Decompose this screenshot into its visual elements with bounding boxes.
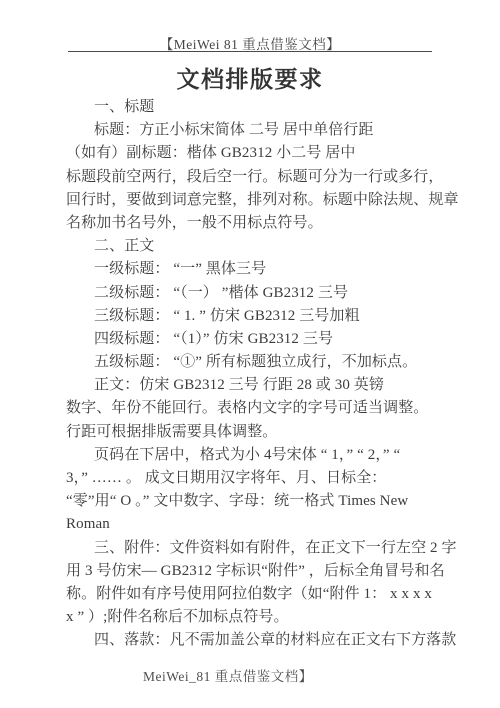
text-line: 一、标题 [66,96,446,119]
document-title: 文档排版要求 [0,61,500,94]
text-line: 一级标题： “一” 黑体三号 [66,258,446,281]
text-line: 正文：仿宋 GB2312 三号 行距 28 或 30 英镑 [66,374,446,397]
text-line: 名称加书名号外，一般不用标点符号。 [66,212,446,235]
text-line: 称。附件如有序号使用阿拉伯数字（如“附件 1： x x x x [66,583,446,606]
text-line: 行距可根据排版需要具体调整。 [66,421,446,444]
text-line: x ” ）;附件名称后不加标点符号。 [66,606,446,629]
document-body: 一、标题标题：方正小标宋简体 二号 居中单倍行距（如有）副标题：楷体 GB231… [66,96,446,653]
text-line: 二级标题： “（一） ”楷体 GB2312 三号 [66,282,446,305]
page-footer-watermark: MeiWei_81 重点借鉴文档】 [143,665,313,685]
text-line: （如有）副标题：楷体 GB2312 小二号 居中 [66,142,446,165]
text-line: 二、正文 [66,235,446,258]
text-line: “零”用“ O 。” 文中数字、字母：统一格式 Times New [66,490,446,513]
header-divider-line [68,51,432,52]
text-line: 回行时，要做到词意完整，排列对称。标题中除法规、规章 [66,189,446,212]
text-line: 用 3 号仿宋— GB2312 字标识“附件” ，后标全角冒号和名 [66,560,446,583]
text-line: 四、落款：凡不需加盖公章的材料应在正文右下方落款 [66,629,446,652]
text-line: Roman [66,513,446,536]
text-line: 四级标题： “（1）” 仿宋 GB2312 三号 [66,328,446,351]
text-line: 三、附件：文件资料如有附件，在正文下一行左空 2 字 [66,537,446,560]
page-header-watermark: 【MeiWei 81 重点借鉴文档】 [0,33,500,53]
text-line: 三级标题： “ 1. ” 仿宋 GB2312 三号加粗 [66,305,446,328]
text-line: 数字、年份不能回行。表格内文字的字号可适当调整。 [66,397,446,420]
document-page: 【MeiWei 81 重点借鉴文档】 文档排版要求 一、标题标题：方正小标宋简体… [0,0,500,708]
text-line: 页码在下居中，格式为小 4号宋体 “ 1，” “ 2，” “ [66,444,446,467]
text-line: 标题：方正小标宋简体 二号 居中单倍行距 [66,119,446,142]
text-line: 标题段前空两行，段后空一行。标题可分为一行或多行， [66,166,446,189]
text-line: 3，” …… 。 成文日期用汉字将年、月、日标全： [66,467,446,490]
text-line: 五级标题： “①” 所有标题独立成行，不加标点。 [66,351,446,374]
